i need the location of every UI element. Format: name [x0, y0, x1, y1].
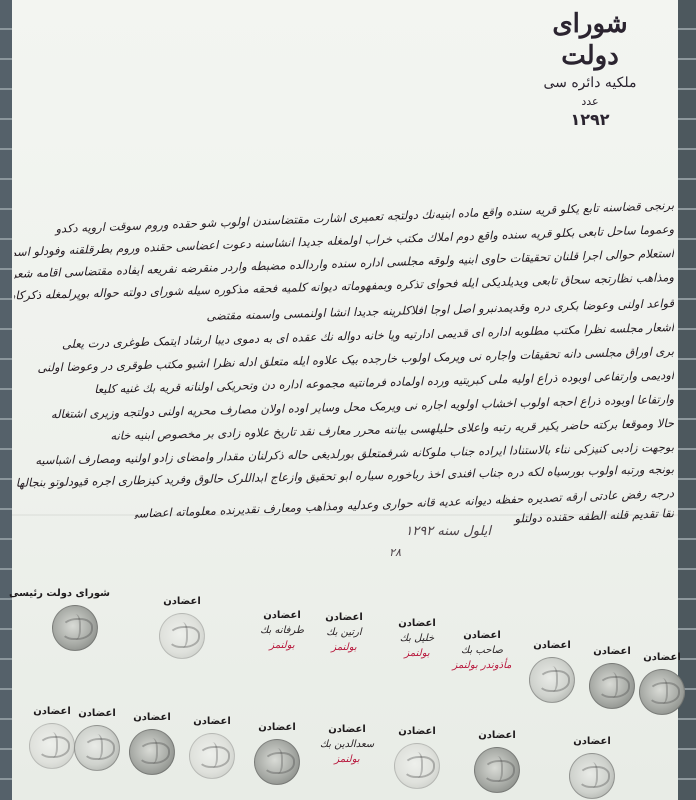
member-title: اعضادن — [465, 730, 529, 741]
letterhead-title: شوراى دولت — [530, 8, 650, 72]
member-title: اعضادن — [150, 596, 214, 607]
seal-stamp — [52, 605, 98, 651]
letterhead-number-label: عدد — [530, 94, 650, 110]
member-title: اعضادن — [120, 712, 184, 723]
member-signature: اعضادنصاحب بكمأذوندر بولنمز — [450, 630, 514, 671]
letterhead-number: ١٢٩٢ — [530, 110, 650, 130]
member-name: خليل بك — [385, 633, 449, 644]
member-signature: اعضادن — [180, 716, 244, 779]
seal-stamp — [529, 657, 575, 703]
member-title: اعضادن — [312, 612, 376, 623]
member-signature: اعضادنسعدالدين بكبولنمز — [315, 724, 379, 765]
member-absence-note: مأذوندر بولنمز — [450, 660, 514, 671]
member-signature: اعضادن — [560, 736, 624, 799]
member-title: اعضادن — [180, 716, 244, 727]
member-name: طرفانه بك — [250, 625, 314, 636]
member-name: ارتين بك — [312, 627, 376, 638]
president-signature: شوراى دولت رئيسى — [40, 588, 110, 651]
member-signature: اعضادن — [150, 596, 214, 659]
member-signature: اعضادن — [385, 726, 449, 789]
member-signature: اعضادن — [245, 722, 309, 785]
member-signature: اعضادن — [120, 712, 184, 775]
member-signature: اعضادنطرفانه بكبولنمز — [250, 610, 314, 651]
member-title: اعضادن — [520, 640, 584, 651]
seal-stamp — [394, 743, 440, 789]
member-absence-note: بولنمز — [385, 648, 449, 659]
seal-stamp — [569, 753, 615, 799]
date-day: ٢٨ — [389, 546, 401, 559]
president-title: شوراى دولت رئيسى — [40, 588, 110, 599]
member-title: اعضادن — [385, 618, 449, 629]
seal-stamp — [254, 739, 300, 785]
member-signature: اعضادن — [630, 652, 694, 715]
member-title: اعضادن — [385, 726, 449, 737]
member-absence-note: بولنمز — [250, 640, 314, 651]
seal-stamp — [189, 733, 235, 779]
seal-stamp — [129, 729, 175, 775]
member-title: اعضادن — [450, 630, 514, 641]
letterhead-subtitle: ملكيه دائره سى — [530, 72, 650, 94]
member-absence-note: بولنمز — [312, 642, 376, 653]
scan-background-ruler-left — [0, 0, 12, 800]
letterhead: شوراى دولت ملكيه دائره سى عدد ١٢٩٢ — [530, 8, 650, 130]
member-signature: اعضادنخليل بكبولنمز — [385, 618, 449, 659]
seal-stamp — [74, 725, 120, 771]
member-signature: اعضادنارتين بكبولنمز — [312, 612, 376, 653]
member-name: صاحب بك — [450, 645, 514, 656]
member-title: اعضادن — [250, 610, 314, 621]
date-text: ايلول سنه ١٢٩٢ — [405, 524, 491, 539]
member-title: اعضادن — [315, 724, 379, 735]
seal-stamp — [159, 613, 205, 659]
date-signature: ايلول سنه ١٢٩٢ — [405, 524, 491, 539]
member-title: اعضادن — [560, 736, 624, 747]
seal-stamp — [474, 747, 520, 793]
seal-stamp — [639, 669, 685, 715]
member-title: اعضادن — [245, 722, 309, 733]
seal-stamp — [589, 663, 635, 709]
member-name: سعدالدين بك — [315, 739, 379, 750]
member-signature: اعضادن — [520, 640, 584, 703]
member-title: اعضادن — [630, 652, 694, 663]
member-absence-note: بولنمز — [315, 754, 379, 765]
member-signature: اعضادن — [465, 730, 529, 793]
